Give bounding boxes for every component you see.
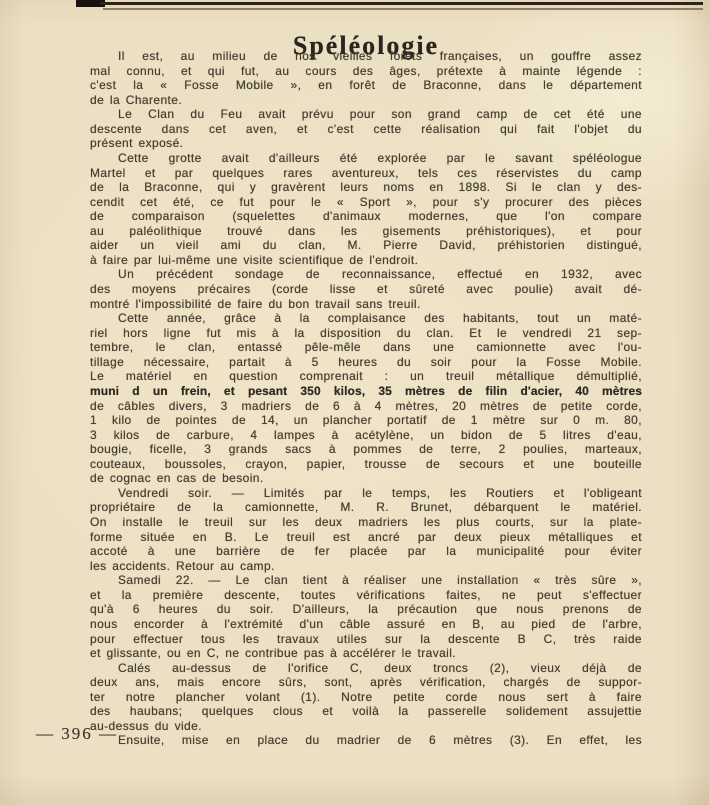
text-line: Il est, au milieu de nos vieilles forêts… xyxy=(90,49,642,64)
text-line: aider un vieil ami du clan, M. Pierre Da… xyxy=(90,238,642,253)
text-line: des moyens précaires (corde lisse et sûr… xyxy=(90,282,642,297)
text-line: de comparaison (squelettes d'animaux mod… xyxy=(90,209,642,224)
text-line: descente dans cet aven, et c'est cette r… xyxy=(90,122,642,137)
text-line: à faire par lui-même une visite scientif… xyxy=(90,253,642,268)
paragraph: Un précédent sondage de reconnaissance, … xyxy=(90,267,642,311)
text-line: c'est la « Fosse Mobile », en forêt de B… xyxy=(90,78,642,93)
text-line: 1 kilo de pointes de 14, un plancher por… xyxy=(90,413,642,428)
top-rule-thin xyxy=(103,8,703,10)
text-line: tembre, le clan, entassé pêle-mêle dans … xyxy=(90,340,642,355)
text-line: deux ans, mais encore sûrs, sont, après … xyxy=(90,675,642,690)
text-line: On installe le treuil sur les deux madri… xyxy=(90,515,642,530)
text-line: de la Braconne, qui y gravèrent leurs no… xyxy=(90,180,642,195)
text-line: Le matériel en question comprenait : un … xyxy=(90,369,642,384)
text-line: bougie, ficelle, 3 grands sacs à pommes … xyxy=(90,442,642,457)
text-line: nous encorder à l'extrémité d'un câble a… xyxy=(90,617,642,632)
text-line: Vendredi soir. — Limités par le temps, l… xyxy=(90,486,642,501)
text-line: cendit cet été, ce fut pour le « Sport »… xyxy=(90,195,642,210)
text-line: Cette grotte avait d'ailleurs été explor… xyxy=(90,151,642,166)
text-line: Un précédent sondage de reconnaissance, … xyxy=(90,267,642,282)
text-line: ter notre plancher volant (1). Notre pet… xyxy=(90,690,642,705)
article-body: Il est, au milieu de nos vieilles forêts… xyxy=(90,49,642,748)
text-line: propriétaire de la camionnette, M. R. Br… xyxy=(90,500,642,515)
text-line: qu'à 6 heures du soir. D'ailleurs, la pr… xyxy=(90,602,642,617)
text-line: tillage nécessaire, partait à 5 heures d… xyxy=(90,355,642,370)
paragraph: Cette grotte avait d'ailleurs été explor… xyxy=(90,151,642,268)
text-line: Ensuite, mise en place du madrier de 6 m… xyxy=(90,733,642,748)
text-line: montré l'impossibilité de faire du bon t… xyxy=(90,297,642,312)
text-line: couteaux, boussoles, crayon, papier, tro… xyxy=(90,457,642,472)
scanned-page: Spéléologie Il est, au milieu de nos vie… xyxy=(0,0,709,805)
text-line: présent exposé. xyxy=(90,136,642,151)
text-line: forme située en B. Le treuil est ancré p… xyxy=(90,530,642,545)
text-line: riel hors ligne fut mis à la disposition… xyxy=(90,326,642,341)
text-line: muni d un frein, et pesant 350 kilos, 35… xyxy=(90,384,642,399)
text-line: de câbles divers, 3 madriers de 6 à 4 mè… xyxy=(90,399,642,414)
paragraph: Samedi 22. — Le clan tient à réaliser un… xyxy=(90,573,642,660)
paragraph: Le Clan du Feu avait prévu pour son gran… xyxy=(90,107,642,151)
top-rule-thick xyxy=(100,2,703,5)
paragraph: Calés au-dessus de l'orifice C, deux tro… xyxy=(90,661,642,734)
paragraph: Vendredi soir. — Limités par le temps, l… xyxy=(90,486,642,573)
text-line: mal connu, et qui fut, au cours des âges… xyxy=(90,64,642,79)
text-line: Cette année, grâce à la complaisance des… xyxy=(90,311,642,326)
text-line: Samedi 22. — Le clan tient à réaliser un… xyxy=(90,573,642,588)
text-line: pour effectuer tous les travaux utiles s… xyxy=(90,632,642,647)
page-number: — 396 — xyxy=(36,724,118,744)
text-line: et glissante, ou en C, ne contribue pas … xyxy=(90,646,642,661)
text-line: Le Clan du Feu avait prévu pour son gran… xyxy=(90,107,642,122)
text-line: accoté à une barrière de fer placée par … xyxy=(90,544,642,559)
paragraph: Cette année, grâce à la complaisance des… xyxy=(90,311,642,486)
text-line: de la Charente. xyxy=(90,93,642,108)
paragraph: Ensuite, mise en place du madrier de 6 m… xyxy=(90,733,642,748)
text-line: au paléolithique trouvé dans les gisemen… xyxy=(90,224,642,239)
text-line: Martel et par quelques rares aventureux,… xyxy=(90,166,642,181)
paragraph: Il est, au milieu de nos vieilles forêts… xyxy=(90,49,642,107)
text-line: des haubans; quelques clous et voilà la … xyxy=(90,704,642,719)
text-line: Calés au-dessus de l'orifice C, deux tro… xyxy=(90,661,642,676)
text-line: de cognac en cas de besoin. xyxy=(90,471,642,486)
text-line: au-dessus du vide. xyxy=(90,719,642,734)
text-line: 3 kilos de carbure, 4 lampes à acétylène… xyxy=(90,428,642,443)
text-line: et la première descente, toutes vérifica… xyxy=(90,588,642,603)
text-line: les accidents. Retour au camp. xyxy=(90,559,642,574)
